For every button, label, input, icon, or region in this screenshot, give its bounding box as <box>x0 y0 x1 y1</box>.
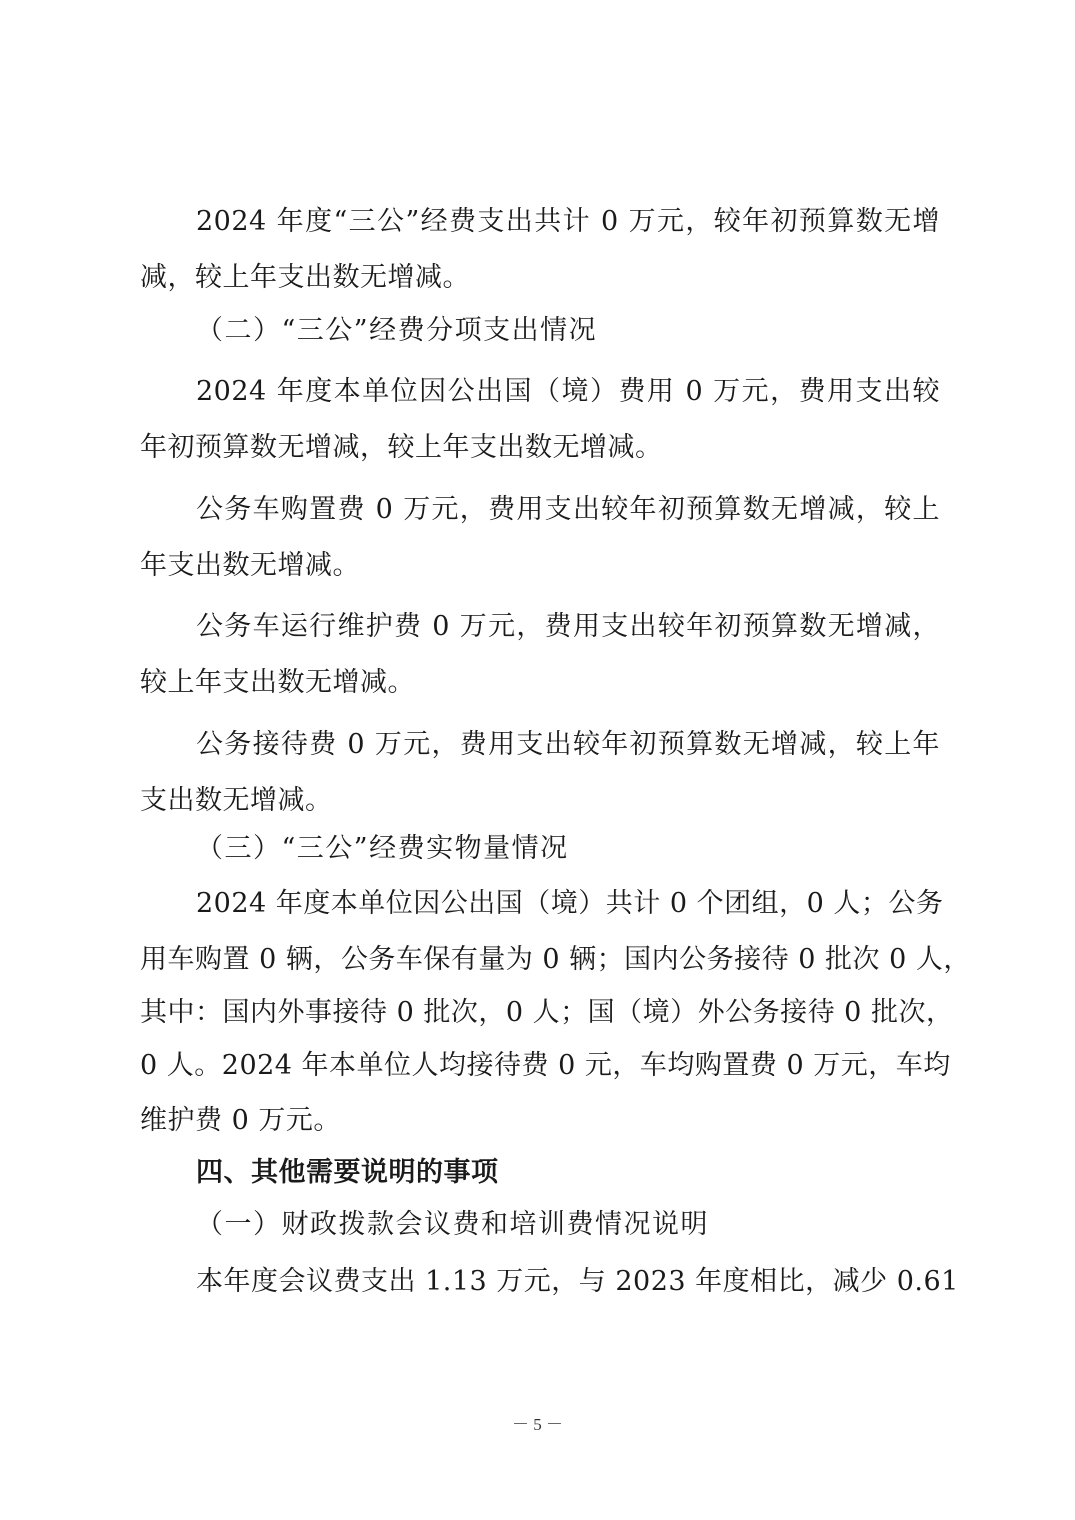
paragraph-quantity-line-3: 其中：国内外事接待 0 批次，0 人；国（境）外公务接待 0 批次， <box>140 995 940 1031</box>
paragraph-meeting-fees-line-1: 本年度会议费支出 1.13 万元，与 2023 年度相比，减少 0.61 <box>196 1264 940 1300</box>
paragraph-overseas-line-1: 2024 年度本单位因公出国（境）费用 0 万元，费用支出较 <box>196 374 940 410</box>
document-page: 2024 年度“三公”经费支出共计 0 万元，较年初预算数无增 减，较上年支出数… <box>0 0 1075 1520</box>
paragraph-vehicle-purchase-line-2: 年支出数无增减。 <box>140 548 940 584</box>
paragraph-total-line-1: 2024 年度“三公”经费支出共计 0 万元，较年初预算数无增 <box>196 204 940 240</box>
heading-other-matters: 四、其他需要说明的事项 <box>196 1155 940 1191</box>
paragraph-vehicle-maintenance-line-1: 公务车运行维护费 0 万元，费用支出较年初预算数无增减， <box>196 609 940 645</box>
paragraph-quantity-line-4: 0 人。2024 年本单位人均接待费 0 元，车均购置费 0 万元，车均 <box>140 1048 940 1084</box>
page-number: － 5 － <box>0 1410 1075 1435</box>
paragraph-quantity-line-2: 用车购置 0 辆，公务车保有量为 0 辆；国内公务接待 0 批次 0 人， <box>140 942 940 978</box>
subheading-physical-quantity: （三）“三公”经费实物量情况 <box>196 831 940 867</box>
paragraph-total-line-2: 减，较上年支出数无增减。 <box>140 260 940 296</box>
subheading-itemized-expenses: （二）“三公”经费分项支出情况 <box>196 313 940 349</box>
paragraph-vehicle-maintenance-line-2: 较上年支出数无增减。 <box>140 665 940 701</box>
subheading-meeting-training-fees: （一）财政拨款会议费和培训费情况说明 <box>196 1207 940 1243</box>
paragraph-quantity-line-5: 维护费 0 万元。 <box>140 1103 940 1139</box>
paragraph-quantity-line-1: 2024 年度本单位因公出国（境）共计 0 个团组，0 人；公务 <box>196 886 940 922</box>
paragraph-reception-line-1: 公务接待费 0 万元，费用支出较年初预算数无增减，较上年 <box>196 727 940 763</box>
paragraph-vehicle-purchase-line-1: 公务车购置费 0 万元，费用支出较年初预算数无增减，较上 <box>196 492 940 528</box>
paragraph-reception-line-2: 支出数无增减。 <box>140 783 940 819</box>
paragraph-overseas-line-2: 年初预算数无增减，较上年支出数无增减。 <box>140 430 940 466</box>
